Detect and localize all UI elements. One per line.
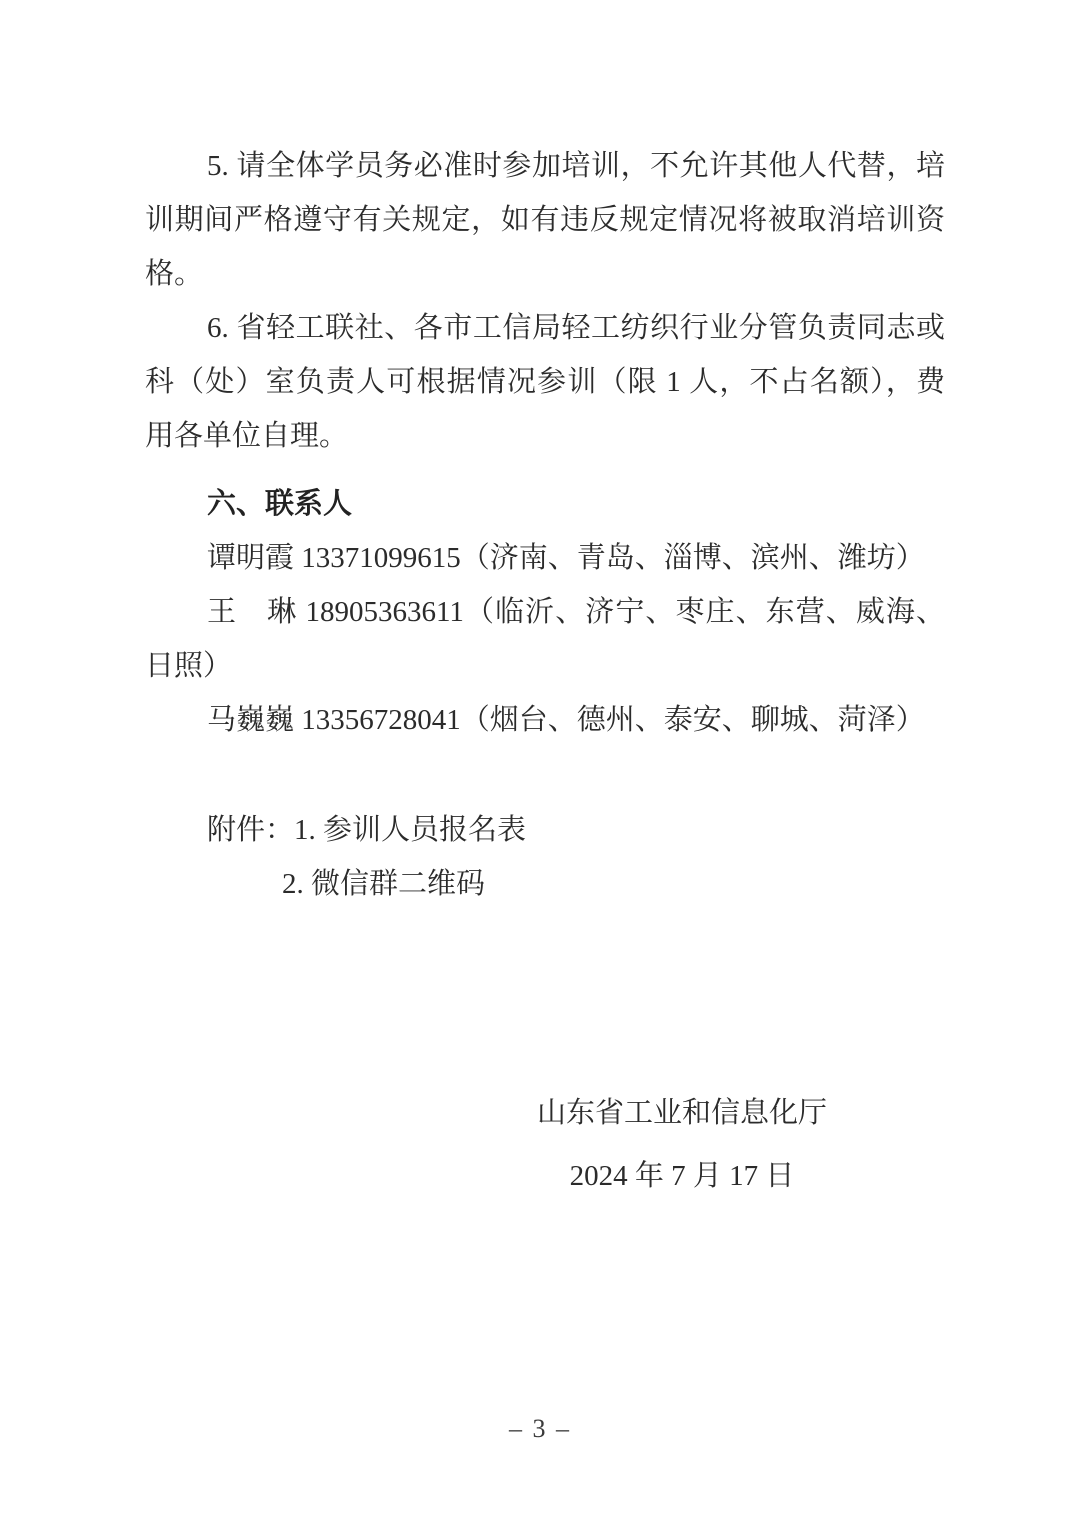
document-page: 5. 请全体学员务必准时参加培训，不允许其他人代替，培 训期间严格遵守有关规定，… [0, 0, 1080, 1527]
item6-line-2: 科（处）室负责人可根据情况参训（限 1 人，不占名额），费 [145, 355, 945, 409]
attachment-line-1: 附件：1. 参训人员报名表 [145, 803, 945, 857]
attachment-line-2: 2. 微信群二维码 [145, 857, 945, 911]
attachments-block: 附件：1. 参训人员报名表 2. 微信群二维码 [145, 803, 945, 911]
contact-line-tan: 谭明霞 13371099615（济南、青岛、淄博、滨州、潍坊） [145, 531, 945, 585]
item5-line-2: 训期间严格遵守有关规定，如有违反规定情况将被取消培训资 [145, 193, 945, 247]
item6-line-3: 用各单位自理。 [145, 409, 945, 463]
item5-line-3: 格。 [145, 247, 945, 301]
item5-line-1: 5. 请全体学员务必准时参加培训，不允许其他人代替，培 [145, 139, 945, 193]
contact-line-wang-1: 王 琳 18905363611（临沂、济宁、枣庄、东营、威海、 [145, 585, 945, 639]
document-body: 5. 请全体学员务必准时参加培训，不允许其他人代替，培 训期间严格遵守有关规定，… [145, 139, 945, 1203]
item6-line-1: 6. 省轻工联社、各市工信局轻工纺织行业分管负责同志或 [145, 301, 945, 355]
page-number: – 3 – [0, 1412, 1080, 1446]
signature-date: 2024 年 7 月 17 日 [537, 1149, 827, 1203]
contact-line-ma: 马巍巍 13356728041（烟台、德州、泰安、聊城、菏泽） [145, 693, 945, 747]
signature-block: 山东省工业和信息化厅 2024 年 7 月 17 日 [537, 1086, 827, 1203]
contact-line-wang-2: 日照） [145, 639, 945, 693]
signature-org: 山东省工业和信息化厅 [537, 1086, 827, 1140]
contacts-heading: 六、联系人 [145, 477, 945, 531]
